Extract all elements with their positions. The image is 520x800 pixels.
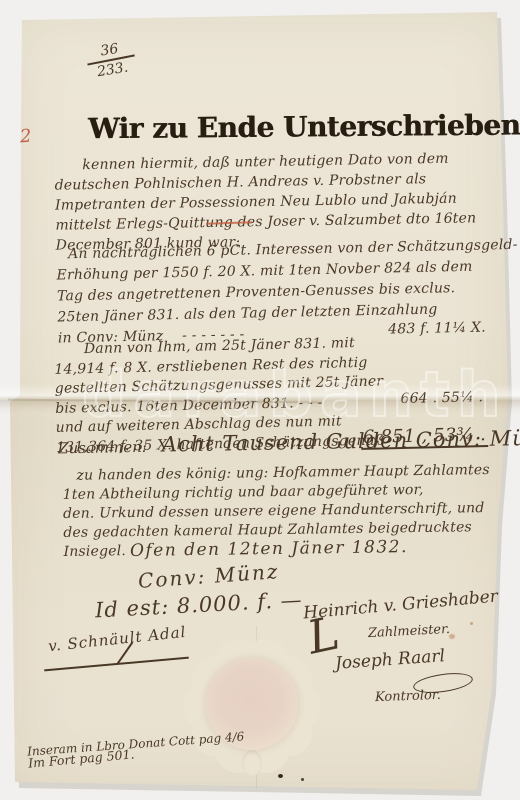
foxing-stain (470, 622, 473, 625)
ink-speck (301, 778, 304, 781)
sum-prefix: Zusammen: (58, 438, 147, 458)
seal-pendant-petal (242, 750, 262, 776)
photographed-document: 36 233. 2 Wir zu Ende Unterschriebene be… (0, 0, 520, 800)
document-title: Wir zu Ende Unterschriebene be= (88, 108, 520, 146)
foxing-stain (449, 634, 455, 639)
signature-controller-title: Kontrolor. (375, 688, 441, 705)
embossed-paper-seal (182, 636, 322, 782)
red-margin-number: 2 (19, 126, 32, 148)
ink-speck (278, 774, 283, 778)
place-and-date-line: Ofen den 12ten Jäner 1832. (130, 537, 408, 561)
amount-value: 664 . 55¼ . (400, 388, 483, 409)
